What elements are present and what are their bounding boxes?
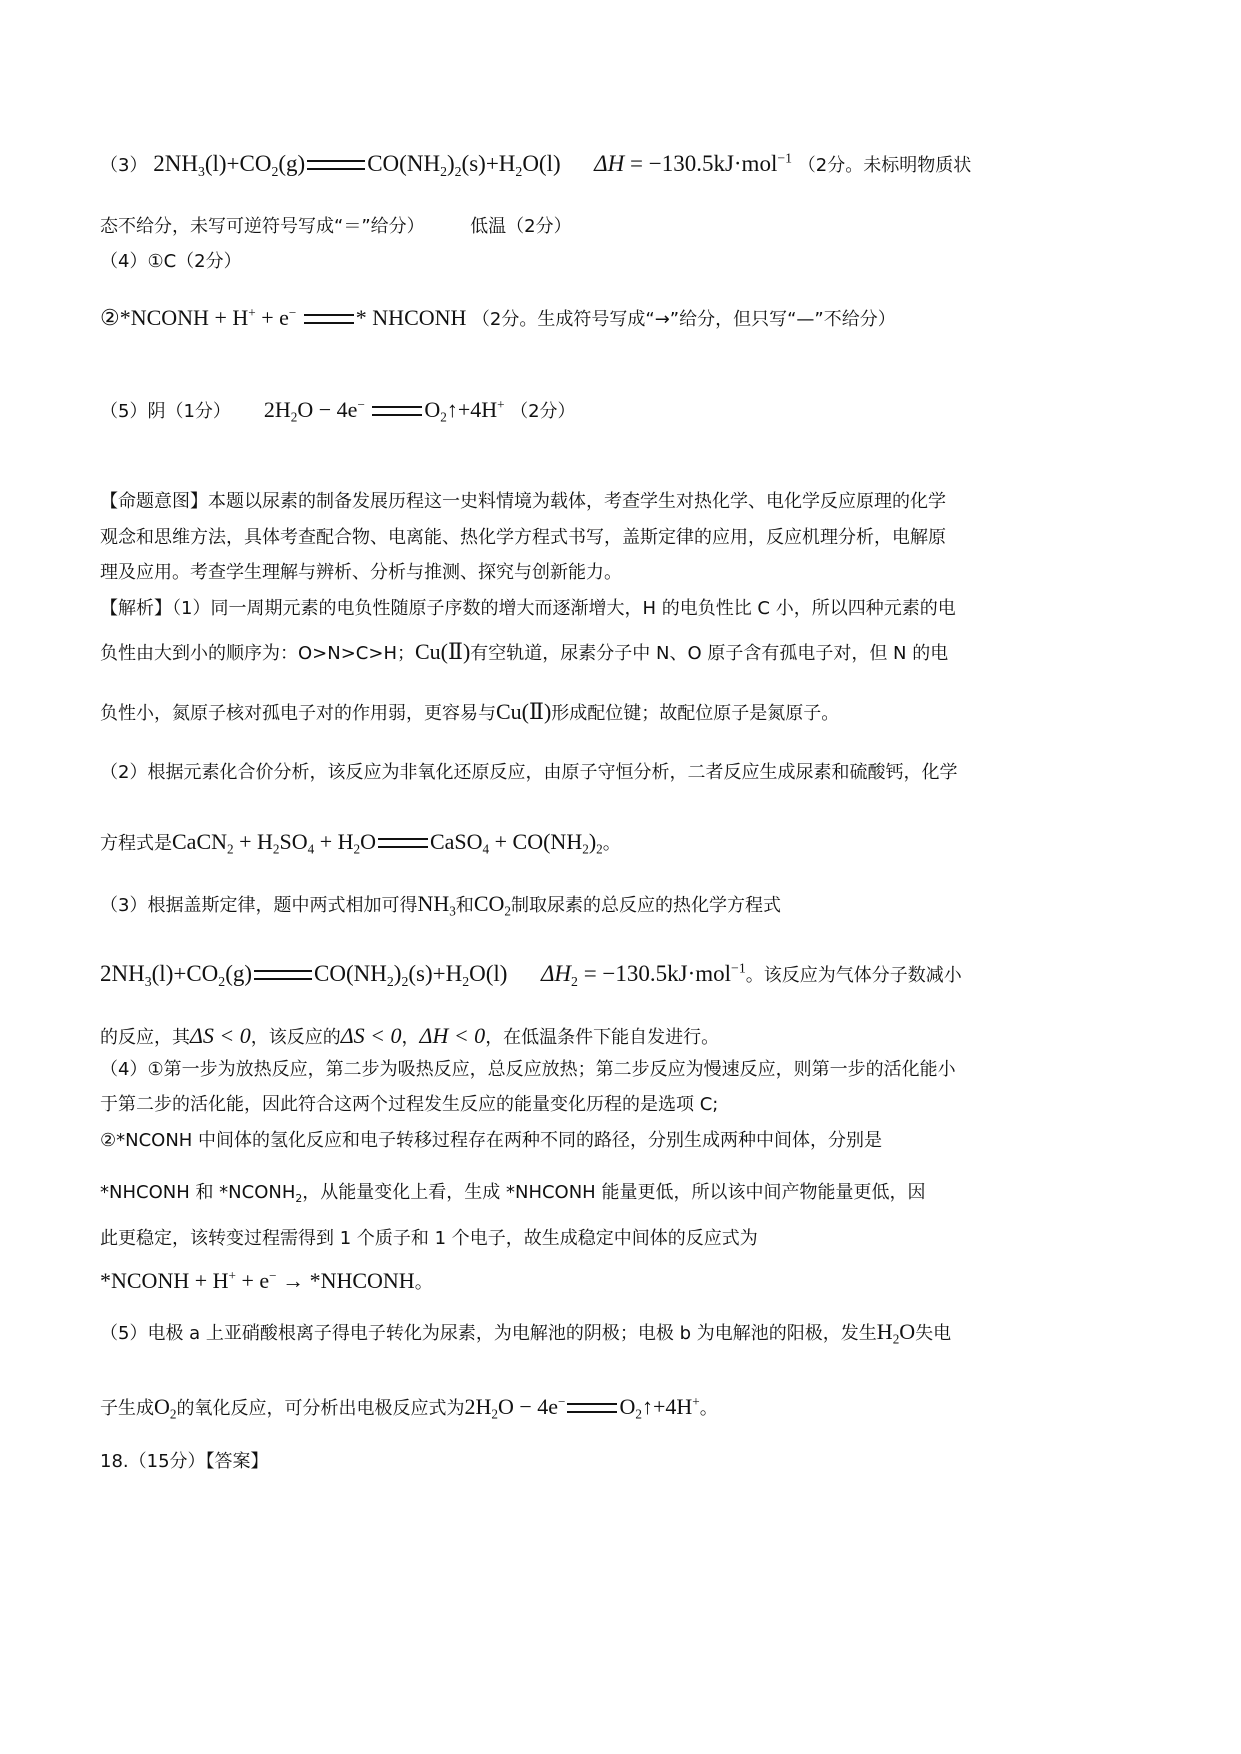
- eq-text: (l)+CO: [152, 961, 219, 986]
- eq-text: 2NH: [100, 961, 145, 986]
- analysis-text: ，该反应的: [251, 1027, 341, 1048]
- analysis-p1-line1: 【解析】（1）同一周期元素的电负性随原子序数的增大而逐渐增大，H 的电负性比 C…: [100, 597, 956, 621]
- eq-text: + e: [236, 1268, 269, 1293]
- eq-sub: 2: [491, 1407, 498, 1422]
- eq-text: O: [424, 397, 440, 422]
- double-bar-equals: [254, 970, 312, 980]
- eq-sup: −: [269, 1268, 276, 1283]
- eq-text: (s)+H: [408, 961, 462, 986]
- eq-text: O − 4e: [297, 397, 357, 422]
- eq-text: 2NH: [153, 151, 198, 176]
- analysis-text: 。: [603, 833, 621, 854]
- delta-s: ΔS < 0: [341, 1023, 402, 1048]
- eq-text: 2H: [464, 1394, 491, 1419]
- analysis-text: 制取尿素的总反应的热化学方程式: [511, 895, 781, 916]
- eq-sub: 2: [455, 164, 462, 179]
- answer-q3-note-cont: 态不给分，未写可逆符号写成“＝”给分） 低温（2分）: [100, 215, 572, 239]
- analysis-text: ，在低温条件下能自发进行。: [485, 1027, 719, 1048]
- analysis-text: ，: [402, 1027, 420, 1048]
- intent-line-1: 【命题意图】本题以尿素的制备发展历程这一史料情境为载体，考查学生对热化学、电化学…: [100, 490, 946, 514]
- analysis-text: 负性由大到小的顺序为：O>N>C>H；: [100, 643, 415, 664]
- eq-sub: 2: [440, 410, 447, 425]
- intent-text: 理及应用。考查学生理解与辨析、分析与推测、探究与创新能力。: [100, 562, 622, 583]
- analysis-p4-line1: （4）①第一步为放热反应，第二步为吸热反应，总反应放热；第二步反应为慢速反应，则…: [100, 1058, 956, 1082]
- eq-text: * NHCONH: [356, 305, 467, 330]
- eq-text: H: [877, 1319, 893, 1344]
- dh-exp: −1: [731, 961, 746, 976]
- q3-note: （2分。未标明物质状: [798, 155, 971, 176]
- eq-sup: −: [289, 305, 296, 320]
- analysis-p4-line4: *NHCONH 和 *NCONH2，从能量变化上看，生成 *NHCONH 能量更…: [100, 1181, 925, 1205]
- analysis-p5-line2: 子生成O2的氧化反应，可分析出电极反应式为2H2O − 4e−O2↑+4H+。: [100, 1395, 718, 1421]
- eq-text: O: [619, 1394, 635, 1419]
- analysis-p3-line1: （3）根据盖斯定律，题中两式相加可得NH3和CO2制取尿素的总反应的热化学方程式: [100, 892, 781, 918]
- q3-note-cont: 态不给分，未写可逆符号写成“＝”给分）: [100, 216, 425, 237]
- analysis-text: 负性小，氮原子核对孤电子对的作用弱，更容易与: [100, 703, 496, 724]
- analysis-p4-line5: 此更稳定，该转变过程需得到 1 个质子和 1 个电子，故生成稳定中间体的反应式为: [100, 1227, 758, 1251]
- eq-sub: 2: [227, 842, 234, 857]
- eq-sup: −: [558, 1394, 565, 1409]
- eq-text: CO: [474, 891, 505, 916]
- eq-text: + H: [234, 829, 273, 854]
- eq-text: + e: [256, 305, 289, 330]
- eq-sub: 2: [596, 842, 603, 857]
- dh-value: = −130.5kJ·mol: [624, 151, 777, 176]
- eq-text: O(l): [469, 961, 507, 986]
- q3-answer-low-temp: 低温（2分）: [470, 216, 571, 237]
- analysis-text: 【解析】（1）同一周期元素的电负性随原子序数的增大而逐渐增大，H 的电负性比 C…: [100, 598, 956, 619]
- intent-text: 【命题意图】本题以尿素的制备发展历程这一史料情境为载体，考查学生对热化学、电化学…: [100, 491, 946, 512]
- double-bar-equals: [304, 314, 354, 324]
- analysis-p3-line2: 2NH3(l)+CO2(g)CO(NH2)2(s)+H2O(l) ΔH2 = −…: [100, 962, 962, 988]
- analysis-text: 。: [415, 1272, 433, 1293]
- delta-h: ΔH: [541, 961, 571, 986]
- analysis-text: 此更稳定，该转变过程需得到 1 个质子和 1 个电子，故生成稳定中间体的反应式为: [100, 1228, 758, 1249]
- analysis-p2-line2: 方程式是CaCN2 + H2SO4 + H2OCaSO4 + CO(NH2)2。: [100, 830, 621, 856]
- eq-text: O: [899, 1319, 915, 1344]
- analysis-text: （4）①第一步为放热反应，第二步为吸热反应，总反应放热；第二步反应为慢速反应，则…: [100, 1059, 956, 1080]
- analysis-text: 。: [700, 1398, 718, 1419]
- eq-sup: +: [692, 1394, 699, 1409]
- eq-text: SO: [279, 829, 307, 854]
- answer-q5: （5）阴（1分） 2H2O − 4e− O2↑+4H+ （2分）: [100, 398, 576, 424]
- dh-value: = −130.5kJ·mol: [578, 961, 731, 986]
- analysis-text: （3）根据盖斯定律，题中两式相加可得: [100, 895, 417, 916]
- eq-text: 2H: [264, 397, 291, 422]
- eq-text: CO(NH: [314, 961, 387, 986]
- eq-sub: 2: [504, 904, 511, 919]
- analysis-text: （2）根据元素化合价分析，该反应为非氧化还原反应，由原子守恒分析，二者反应生成尿…: [100, 762, 957, 783]
- intent-text: 观念和思维方法，具体考查配合物、电离能、热化学方程式书写，盖斯定律的应用，反应机…: [100, 527, 946, 548]
- analysis-text: 和: [456, 895, 474, 916]
- analysis-p1-line2: 负性由大到小的顺序为：O>N>C>H；Cu(Ⅱ)有空轨道，尿素分子中 N、O 原…: [100, 640, 948, 666]
- eq-sub: 2: [571, 974, 578, 989]
- eq-sub: 2: [440, 164, 447, 179]
- eq-sub: 3: [145, 974, 152, 989]
- eq-sup: +: [229, 1268, 236, 1283]
- eq-sup: +: [497, 397, 504, 412]
- analysis-text: 形成配位键；故配位原子是氮原子。: [551, 703, 839, 724]
- dh-exp: −1: [777, 151, 792, 166]
- q5-score: （2分）: [510, 401, 575, 422]
- eq-text: ↑+4H: [642, 1394, 692, 1419]
- analysis-text: 。该反应为气体分子数减小: [746, 965, 962, 986]
- answer-q4-2: ②*NCONH + H+ + e− * NHCONH （2分。生成符号写成“→”…: [100, 306, 896, 332]
- analysis-text: *NHCONH 和 *NCONH: [100, 1182, 295, 1203]
- eq-text: O: [360, 829, 376, 854]
- double-bar-equals: [372, 406, 422, 416]
- analysis-p2-line1: （2）根据元素化合价分析，该反应为非氧化还原反应，由原子守恒分析，二者反应生成尿…: [100, 761, 957, 785]
- question-18-label: 18.（15分）【答案】: [100, 1451, 269, 1472]
- eq-text: → *NHCONH: [277, 1268, 415, 1293]
- analysis-text: ，从能量变化上看，生成 *NHCONH 能量更低，所以该中间产物能量更低，因: [302, 1182, 925, 1203]
- analysis-text: 子生成: [100, 1398, 154, 1419]
- eq-text: O − 4e: [498, 1394, 558, 1419]
- double-bar-equals: [307, 160, 365, 170]
- analysis-text: 的氧化反应，可分析出电极反应式为: [176, 1398, 464, 1419]
- eq-text: (s)+H: [462, 151, 516, 176]
- eq-sup: −: [357, 397, 364, 412]
- eq-text: CO(NH: [367, 151, 440, 176]
- eq-text: + CO(NH: [489, 829, 582, 854]
- eq-sub: 2: [582, 842, 589, 857]
- analysis-text: 方程式是: [100, 833, 172, 854]
- delta-s: ΔS < 0: [190, 1023, 251, 1048]
- q3-label: （3）: [100, 155, 147, 176]
- eq-text: O(l): [522, 151, 560, 176]
- analysis-text: 于第二步的活化能，因此符合这两个过程发生反应的能量变化历程的是选项 C;: [100, 1094, 718, 1115]
- eq-text: ②*NCONH + H: [100, 305, 248, 330]
- eq-text: + H: [314, 829, 353, 854]
- eq-sub: 2: [635, 1407, 642, 1422]
- cu-ii: Cu(Ⅱ): [415, 639, 470, 664]
- q4-note: （2分。生成符号写成“→”给分，但只写“—”不给分）: [472, 309, 896, 330]
- analysis-text: 的反应，其: [100, 1027, 190, 1048]
- q5-label: （5）阴（1分）: [100, 401, 231, 422]
- analysis-p4-line3: ②*NCONH 中间体的氢化反应和电子转移过程存在两种不同的路径，分别生成两种中…: [100, 1129, 882, 1153]
- double-bar-equals: [567, 1403, 617, 1413]
- eq-text: CaSO: [430, 829, 483, 854]
- q4-answer-1: （4）①C（2分）: [100, 251, 242, 272]
- eq-sub: 3: [198, 164, 205, 179]
- analysis-p3-line3: 的反应，其ΔS < 0，该反应的ΔS < 0，ΔH < 0，在低温条件下能自发进…: [100, 1024, 719, 1050]
- eq-text: NH: [417, 891, 449, 916]
- analysis-text: ②*NCONH 中间体的氢化反应和电子转移过程存在两种不同的路径，分别生成两种中…: [100, 1130, 882, 1151]
- delta-h: ΔH < 0: [420, 1023, 486, 1048]
- eq-text: *NCONH + H: [100, 1268, 229, 1293]
- analysis-text: （5）电极 a 上亚硝酸根离子得电子转化为尿素，为电解池的阴极；电极 b 为电解…: [100, 1323, 877, 1344]
- analysis-p1-line3: 负性小，氮原子核对孤电子对的作用弱，更容易与Cu(Ⅱ)形成配位键；故配位原子是氮…: [100, 700, 839, 726]
- intent-line-2: 观念和思维方法，具体考查配合物、电离能、热化学方程式书写，盖斯定律的应用，反应机…: [100, 526, 946, 550]
- eq-text: (g): [278, 151, 305, 176]
- analysis-p5-line1: （5）电极 a 上亚硝酸根离子得电子转化为尿素，为电解池的阴极；电极 b 为电解…: [100, 1320, 951, 1346]
- eq-text: CaCN: [172, 829, 227, 854]
- eq-sub: 2: [387, 974, 394, 989]
- analysis-p4-equation: *NCONH + H+ + e− → *NHCONH。: [100, 1269, 433, 1295]
- double-bar-equals: [378, 838, 428, 848]
- analysis-p4-line2: 于第二步的活化能，因此符合这两个过程发生反应的能量变化历程的是选项 C;: [100, 1093, 718, 1117]
- delta-h: ΔH: [594, 151, 624, 176]
- analysis-text: 失电: [915, 1323, 951, 1344]
- next-question-header: 18.（15分）【答案】: [100, 1450, 269, 1474]
- eq-text: O: [154, 1394, 170, 1419]
- cu-ii: Cu(Ⅱ): [496, 699, 551, 724]
- eq-text: ↑+4H: [447, 397, 497, 422]
- analysis-text: 有空轨道，尿素分子中 N、O 原子含有孤电子对，但 N 的电: [470, 643, 948, 664]
- eq-sup: +: [248, 305, 255, 320]
- eq-text: (l)+CO: [205, 151, 272, 176]
- answer-q4-1: （4）①C（2分）: [100, 250, 242, 274]
- eq-text: ): [447, 151, 455, 176]
- intent-line-3: 理及应用。考查学生理解与辨析、分析与推测、探究与创新能力。: [100, 561, 622, 585]
- answer-q3-equation: （3） 2NH3(l)+CO2(g)CO(NH2)2(s)+H2O(l) ΔH …: [100, 152, 971, 178]
- eq-text: (g): [225, 961, 252, 986]
